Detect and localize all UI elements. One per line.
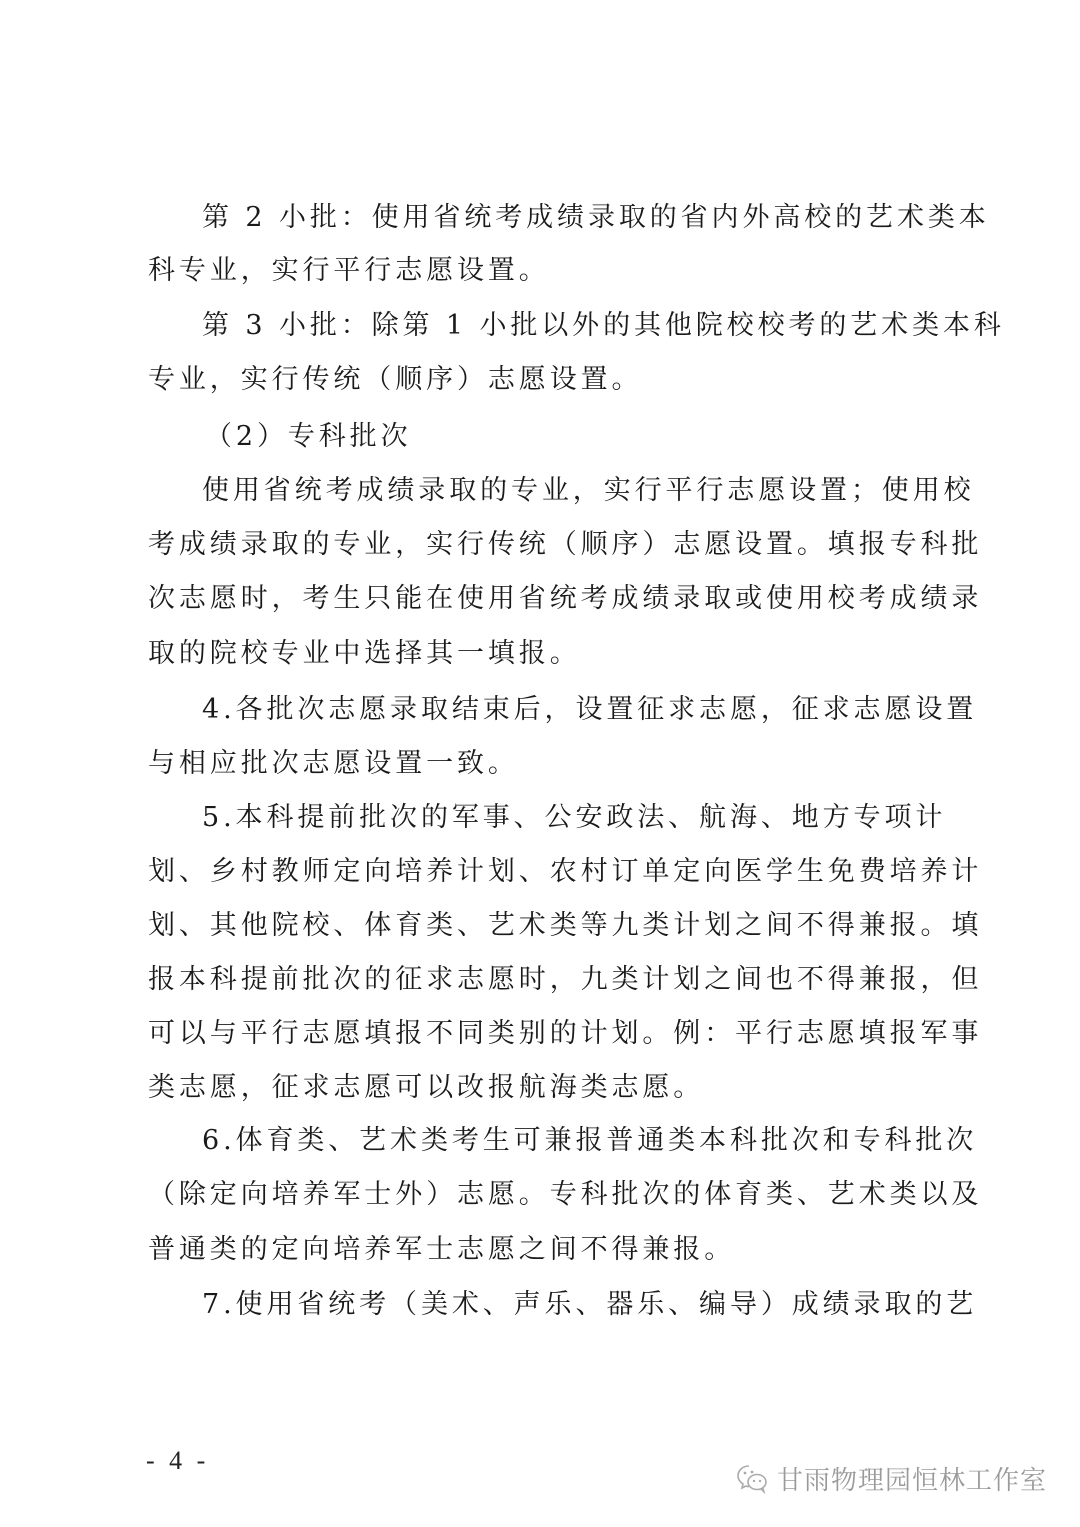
paragraph-line: 专业，实行传统（顺序）志愿设置。	[148, 360, 948, 400]
paragraph-line: 科专业，实行平行志愿设置。	[148, 251, 948, 291]
paragraph-line: 普通类的定向培养军士志愿之间不得兼报。	[148, 1230, 948, 1270]
paragraph-line: 与相应批次志愿设置一致。	[148, 744, 948, 784]
paragraph-line: 7.使用省统考（美术、声乐、器乐、编导）成绩录取的艺	[202, 1285, 1002, 1325]
page-number: - 4 -	[146, 1446, 209, 1476]
paragraph-line: 5.本科提前批次的军事、公安政法、航海、地方专项计	[202, 798, 1002, 838]
paragraph-line: 第 3 小批：除第 1 小批以外的其他院校校考的艺术类本科	[202, 306, 1002, 346]
paragraph-line: 考成绩录取的专业，实行传统（顺序）志愿设置。填报专科批	[148, 525, 948, 565]
paragraph-line: 第 2 小批：使用省统考成绩录取的省内外高校的艺术类本	[202, 198, 1002, 238]
watermark-text: 甘雨物理园恒林工作室	[777, 1460, 1047, 1497]
wechat-icon	[735, 1461, 769, 1495]
section-heading: （2）专科批次	[205, 417, 1005, 457]
watermark: 甘雨物理园恒林工作室	[735, 1458, 1047, 1498]
paragraph-line: （除定向培养军士外）志愿。专科批次的体育类、艺术类以及	[148, 1175, 948, 1215]
paragraph-line: 取的院校专业中选择其一填报。	[148, 634, 948, 674]
paragraph-line: 类志愿，征求志愿可以改报航海类志愿。	[148, 1068, 948, 1108]
paragraph-line: 报本科提前批次的征求志愿时，九类计划之间也不得兼报，但	[148, 960, 948, 1000]
paragraph-line: 划、其他院校、体育类、艺术类等九类计划之间不得兼报。填	[148, 906, 948, 946]
paragraph-line: 次志愿时，考生只能在使用省统考成绩录取或使用校考成绩录	[148, 579, 948, 619]
paragraph-line: 使用省统考成绩录取的专业，实行平行志愿设置；使用校	[202, 471, 1002, 511]
paragraph-line: 4.各批次志愿录取结束后，设置征求志愿，征求志愿设置	[202, 690, 1002, 730]
paragraph-line: 可以与平行志愿填报不同类别的计划。例：平行志愿填报军事	[148, 1014, 948, 1054]
paragraph-line: 6.体育类、艺术类考生可兼报普通类本科批次和专科批次	[202, 1121, 1002, 1161]
paragraph-line: 划、乡村教师定向培养计划、农村订单定向医学生免费培养计	[148, 852, 948, 892]
